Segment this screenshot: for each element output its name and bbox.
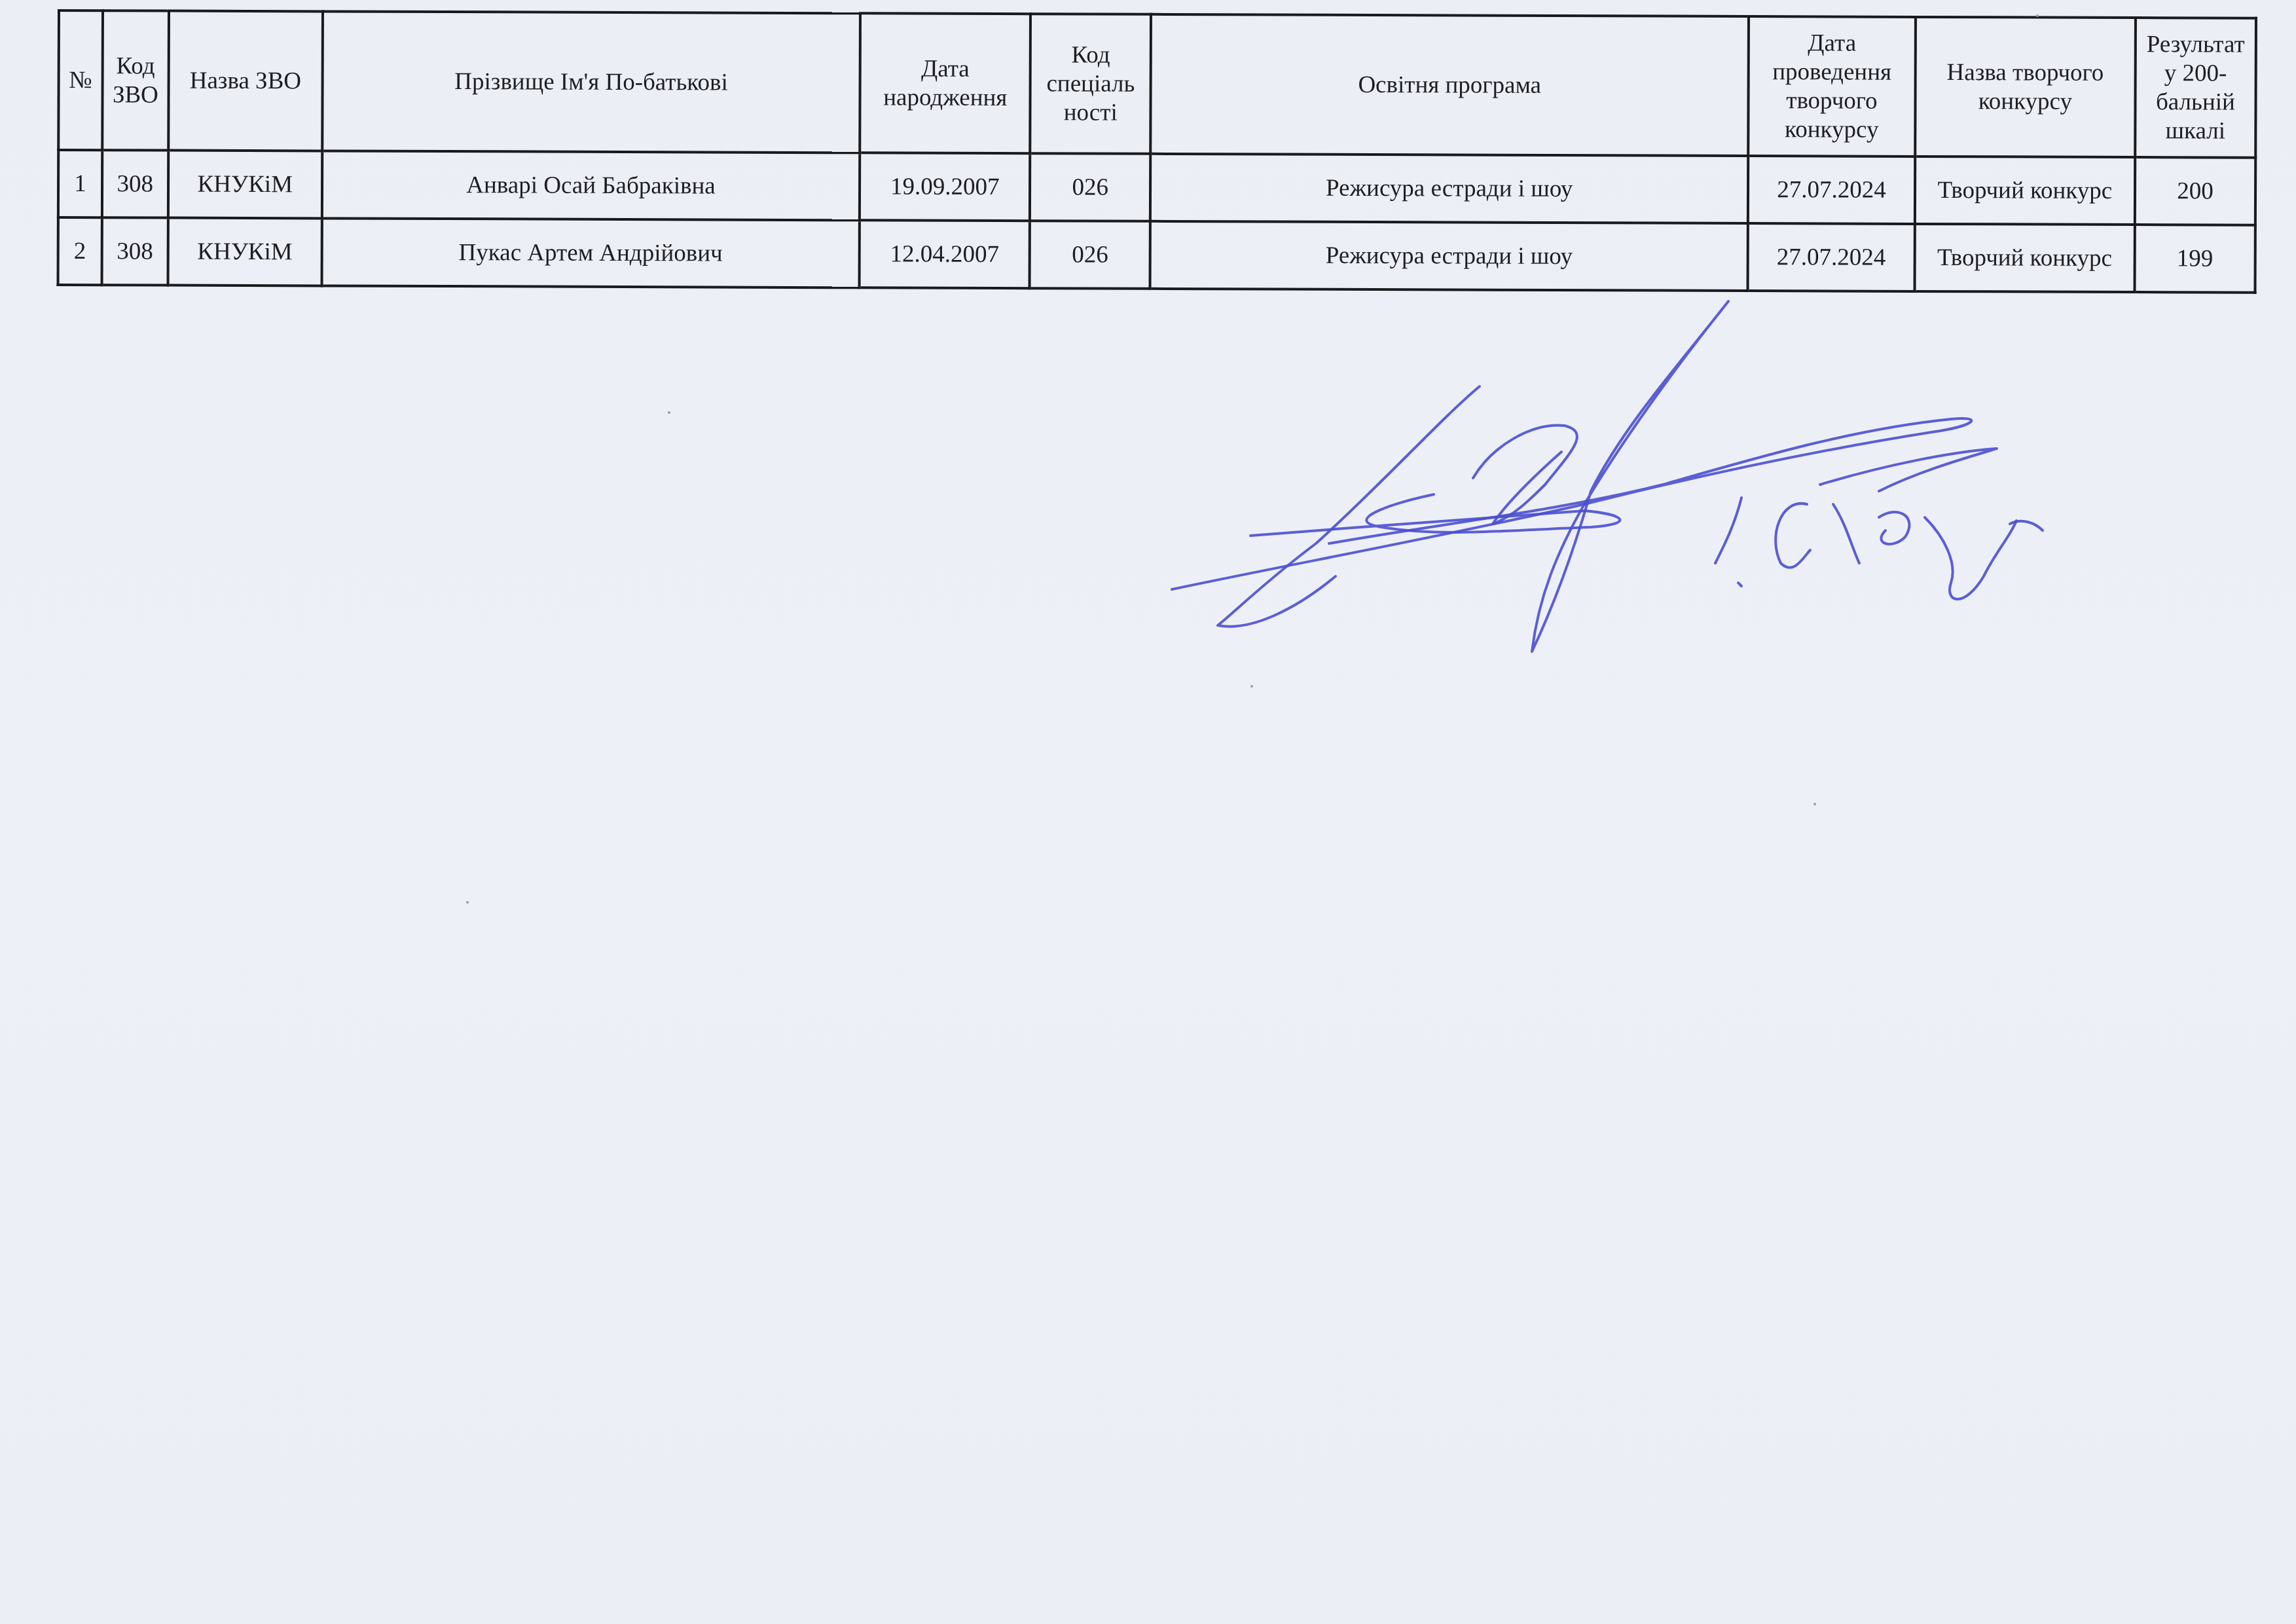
scanned-page: № Код ЗВО Назва ЗВО Прізвище Ім'я По-бат…	[0, 0, 2296, 1624]
cell-contest-date: 27.07.2024	[1747, 223, 1914, 291]
header-zvo-code: Код ЗВО	[102, 10, 169, 150]
header-score: Результат у 200-бальній шкалі	[2135, 18, 2256, 158]
cell-birth-date: 12.04.2007	[860, 220, 1030, 288]
scan-speck	[668, 411, 670, 414]
header-number: №	[58, 10, 103, 150]
header-specialty-code: Код спеціаль ності	[1030, 14, 1151, 154]
cell-zvo-name: КНУКіМ	[168, 218, 321, 286]
signature-strokes	[1172, 301, 2043, 652]
cell-full-name: Пукас Артем Андрійович	[321, 218, 860, 287]
cell-score: 199	[2134, 225, 2255, 293]
cell-score: 200	[2135, 157, 2256, 225]
scan-speck	[466, 901, 469, 904]
table-header-row: № Код ЗВО Назва ЗВО Прізвище Ім'я По-бат…	[58, 10, 2256, 158]
cell-program: Режисура естради і шоу	[1150, 221, 1748, 291]
cell-contest-name: Творчий конкурс	[1914, 224, 2134, 292]
cell-full-name: Анварі Осай Бабраківна	[322, 151, 860, 220]
header-birth-date: Дата народження	[860, 13, 1030, 153]
scan-speck	[2036, 14, 2039, 17]
table-row: 1 308 КНУКіМ Анварі Осай Бабраківна 19.0…	[58, 150, 2255, 225]
header-contest-name: Назва творчого конкурсу	[1915, 17, 2136, 157]
cell-number: 1	[58, 150, 102, 217]
cell-program: Режисура естради і шоу	[1150, 154, 1748, 223]
cell-birth-date: 19.09.2007	[860, 153, 1030, 221]
handwritten-signature	[1165, 288, 2187, 668]
cell-zvo-code: 308	[102, 150, 169, 217]
cell-specialty-code: 026	[1030, 221, 1150, 289]
cell-zvo-code: 308	[101, 217, 168, 285]
table-row: 2 308 КНУКіМ Пукас Артем Андрійович 12.0…	[58, 217, 2255, 293]
header-contest-date: Дата проведення творчого конкурсу	[1748, 16, 1916, 157]
cell-number: 2	[58, 217, 102, 285]
scan-speck	[1813, 803, 1816, 805]
cell-specialty-code: 026	[1030, 153, 1150, 221]
cell-contest-date: 27.07.2024	[1748, 156, 1915, 224]
cell-zvo-name: КНУКіМ	[168, 151, 322, 219]
header-zvo-name: Назва ЗВО	[168, 11, 322, 151]
scan-speck	[1250, 685, 1253, 688]
header-program: Освітня програма	[1151, 14, 1749, 156]
header-full-name: Прізвище Ім'я По-батькові	[322, 11, 860, 153]
cell-contest-name: Творчий конкурс	[1915, 157, 2135, 225]
results-table: № Код ЗВО Назва ЗВО Прізвище Ім'я По-бат…	[57, 9, 2257, 294]
